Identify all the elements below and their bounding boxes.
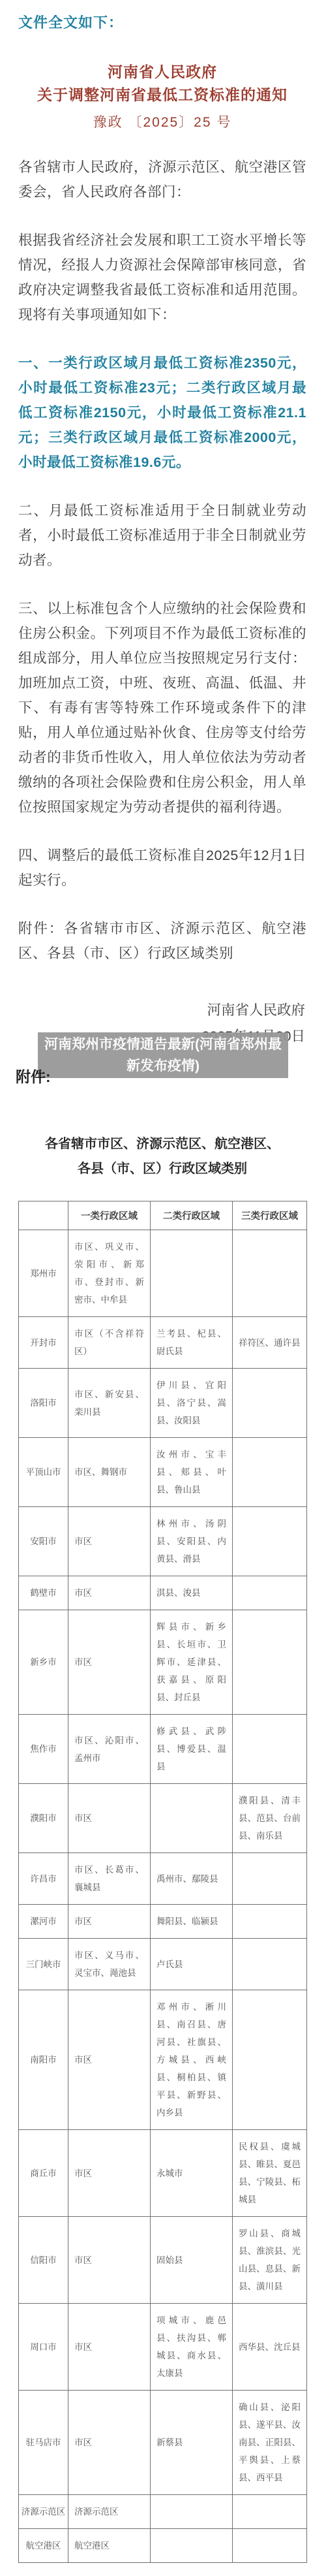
tier2-cell: 伊川县、宜阳县、洛宁县、嵩县、汝阳县 <box>151 1369 233 1438</box>
table-row: 漯河市市区舞阳县、临颍县 <box>19 1905 307 1939</box>
tier3-cell: 罗山县、商城县、淮滨县、光山县、息县、新县、潢川县 <box>233 2217 307 2304</box>
city-cell: 漯河市 <box>19 1905 68 1939</box>
city-cell: 驻马店市 <box>19 2391 68 2495</box>
table-row: 航空港区航空港区 <box>19 2529 307 2563</box>
tier3-cell <box>233 1905 307 1939</box>
tier3-cell <box>233 1853 307 1905</box>
table-row: 周口市市区项城市、鹿邑县、扶沟县、郸城县、商水县、太康县西华县、沈丘县 <box>19 2304 307 2391</box>
tier1-cell: 市区、巩义市、荥阳市、新郑市、登封市、新密市、中牟县 <box>68 1230 151 1317</box>
tier2-cell: 修武县、武陟县、博爱县、温县 <box>151 1715 233 1784</box>
city-cell: 许昌市 <box>19 1853 68 1905</box>
city-cell: 周口市 <box>19 2304 68 2391</box>
tier1-cell: 市区 <box>68 1990 151 2130</box>
tier2-cell: 卢氏县 <box>151 1939 233 1990</box>
banner-zone: 河南郑州市疫情通告最新(河南省郑州最新发布疫情) 附件: <box>18 1032 306 1103</box>
table-row: 驻马店市市区新蔡县确山县、泌阳县、遂平县、汝南县、正阳县、平舆县、上蔡县、西平县 <box>19 2391 307 2495</box>
tier1-cell: 市区 <box>68 1507 151 1576</box>
header-cell-blank <box>19 1201 68 1230</box>
doc-number: 豫政 〔2025〕25 号 <box>18 112 306 131</box>
tier2-cell: 舞阳县、临颍县 <box>151 1905 233 1939</box>
city-cell: 济源示范区 <box>19 2495 68 2529</box>
table-row: 济源示范区济源示范区 <box>19 2495 307 2529</box>
table-row: 三门峡市市区、义马市、灵宝市、渑池县卢氏县 <box>19 1939 307 1990</box>
table-row: 信阳市市区固始县罗山县、商城县、淮滨县、光山县、息县、新县、潢川县 <box>19 2217 307 2304</box>
tier1-cell: 市区 <box>68 1610 151 1715</box>
doc-title-line1: 河南省人民政府 <box>18 61 306 84</box>
tier3-cell: 确山县、泌阳县、遂平县、汝南县、正阳县、平舆县、上蔡县、西平县 <box>233 2391 307 2495</box>
tier3-cell <box>233 1230 307 1317</box>
table-title-line2: 各县（市、区）行政区域类别 <box>18 1156 306 1181</box>
header-cell-tier2: 二类行政区域 <box>151 1201 233 1230</box>
table-row: 许昌市市区、长葛市、襄城县禹州市、鄢陵县 <box>19 1853 307 1905</box>
table-row: 洛阳市市区、新安县、栾川县伊川县、宜阳县、洛宁县、嵩县、汝阳县 <box>19 1369 307 1438</box>
document-body: 文件全文如下： 河南省人民政府 关于调整河南省最低工资标准的通知 豫政 〔202… <box>0 0 326 2576</box>
tier1-cell: 市区、新安县、栾川县 <box>68 1369 151 1438</box>
tier2-cell: 禹州市、鄢陵县 <box>151 1853 233 1905</box>
city-cell: 鹤壁市 <box>19 1576 68 1610</box>
article-page: { "colors": { "accent_teal": "#1e7f9e", … <box>0 0 326 2576</box>
table-row: 新乡市市区辉县市、新乡县、长垣市、卫辉市、延津县、获嘉县、原阳县、封丘县 <box>19 1610 307 1715</box>
tier1-cell: 市区 <box>68 1905 151 1939</box>
table-title-line1: 各省辖市市区、济源示范区、航空港区、 <box>18 1132 306 1156</box>
tier2-cell: 新蔡县 <box>151 2391 233 2495</box>
region-table-body: 郑州市市区、巩义市、荥阳市、新郑市、登封市、新密市、中牟县开封市市区（不含祥符区… <box>19 1230 307 2563</box>
city-cell: 洛阳市 <box>19 1369 68 1438</box>
city-cell: 濮阳市 <box>19 1784 68 1853</box>
signature-org: 河南省人民政府 <box>18 997 305 1023</box>
tier3-cell <box>233 1369 307 1438</box>
tier1-cell: 市区 <box>68 2304 151 2391</box>
tier2-cell <box>151 1230 233 1317</box>
tier2-cell: 固始县 <box>151 2217 233 2304</box>
tier1-cell: 市区、长葛市、襄城县 <box>68 1853 151 1905</box>
tier1-cell: 市区 <box>68 2217 151 2304</box>
tier3-cell <box>233 1576 307 1610</box>
overlay-banner-link[interactable]: 河南郑州市疫情通告最新(河南省郑州最新发布疫情) <box>38 1032 288 1078</box>
tier1-cell: 市区 <box>68 2391 151 2495</box>
attachment-label: 附件: <box>16 1065 51 1087</box>
tier2-cell: 淇县、浚县 <box>151 1576 233 1610</box>
header-cell-tier3: 三类行政区域 <box>233 1201 307 1230</box>
table-row: 平顶山市市区、舞钢市汝州市、宝丰县、郏县、叶县、鲁山县 <box>19 1438 307 1507</box>
tier2-cell: 汝州市、宝丰县、郏县、叶县、鲁山县 <box>151 1438 233 1507</box>
para-background: 根据我省经济社会发展和职工工资水平增长等情况，经报人力资源社会保障部审核同意，省… <box>18 228 306 327</box>
region-table: 一类行政区域二类行政区域三类行政区域 郑州市市区、巩义市、荥阳市、新郑市、登封市… <box>18 1201 307 2563</box>
tier1-cell: 市区、义马市、灵宝市、渑池县 <box>68 1939 151 1990</box>
doc-title-line2: 关于调整河南省最低工资标准的通知 <box>18 84 306 106</box>
tier1-cell: 市区、舞钢市 <box>68 1438 151 1507</box>
para-effective-date: 四、调整后的最低工资标准自2025年12月1日起实行。 <box>18 843 306 893</box>
city-cell: 平顶山市 <box>19 1438 68 1507</box>
city-cell: 航空港区 <box>19 2529 68 2563</box>
tier2-cell <box>151 1784 233 1853</box>
city-cell: 商丘市 <box>19 2130 68 2217</box>
para-composition: 三、以上标准包含个人应缴纳的社会保险费和住房公积金。下列项目不作为最低工资标准的… <box>18 596 306 819</box>
para-attachment-note: 附件：各省辖市市区、济源示范区、航空港区、各县（市、区）行政区域类别 <box>18 916 306 966</box>
table-row: 郑州市市区、巩义市、荥阳市、新郑市、登封市、新密市、中牟县 <box>19 1230 307 1317</box>
table-title: 各省辖市市区、济源示范区、航空港区、 各县（市、区）行政区域类别 <box>18 1132 306 1181</box>
table-row: 焦作市市区、沁阳市、孟州市修武县、武陟县、博爱县、温县 <box>19 1715 307 1784</box>
tier1-cell: 市区 <box>68 1576 151 1610</box>
tier2-cell: 项城市、鹿邑县、扶沟县、郸城县、商水县、太康县 <box>151 2304 233 2391</box>
region-table-head: 一类行政区域二类行政区域三类行政区域 <box>19 1201 307 1230</box>
table-row: 开封市市区（不含祥符区）兰考县、杞县、尉氏县祥符区、通许县 <box>19 1317 307 1369</box>
city-cell: 开封市 <box>19 1317 68 1369</box>
tier3-cell <box>233 2495 307 2529</box>
tier3-cell <box>233 1715 307 1784</box>
tier2-cell: 辉县市、新乡县、长垣市、卫辉市、延津县、获嘉县、原阳县、封丘县 <box>151 1610 233 1715</box>
table-row: 安阳市市区林州市、汤阴县、安阳县、内黄县、滑县 <box>19 1507 307 1576</box>
city-cell: 郑州市 <box>19 1230 68 1317</box>
tier3-cell <box>233 2529 307 2563</box>
tier3-cell <box>233 1438 307 1507</box>
city-cell: 三门峡市 <box>19 1939 68 1990</box>
tier1-cell: 市区 <box>68 1784 151 1853</box>
tier3-cell: 祥符区、通许县 <box>233 1317 307 1369</box>
tier3-cell <box>233 1507 307 1576</box>
intro-label: 文件全文如下： <box>18 12 306 32</box>
city-cell: 南阳市 <box>19 1990 68 2130</box>
tier3-cell: 西华县、沈丘县 <box>233 2304 307 2391</box>
table-row: 南阳市市区邓州市、淅川县、南召县、唐河县、社旗县、方城县、西峡县、桐柏县、镇平县… <box>19 1990 307 2130</box>
tier2-cell <box>151 2529 233 2563</box>
para-recipients: 各省辖市人民政府，济源示范区、航空港区管委会，省人民政府各部门： <box>18 155 306 204</box>
tier3-cell <box>233 1939 307 1990</box>
table-row: 濮阳市市区濮阳县、清丰县、范县、台前县、南乐县 <box>19 1784 307 1853</box>
para-wage-standards: 一、一类行政区域月最低工资标准2350元，小时最低工资标准23元；二类行政区域月… <box>18 351 306 475</box>
tier2-cell: 林州市、汤阴县、安阳县、内黄县、滑县 <box>151 1507 233 1576</box>
city-cell: 焦作市 <box>19 1715 68 1784</box>
tier1-cell: 济源示范区 <box>68 2495 151 2529</box>
tier1-cell: 市区（不含祥符区） <box>68 1317 151 1369</box>
tier1-cell: 市区 <box>68 2130 151 2217</box>
tier3-cell: 民权县、虞城县、睢县、夏邑县、宁陵县、柘城县 <box>233 2130 307 2217</box>
table-header-row: 一类行政区域二类行政区域三类行政区域 <box>19 1201 307 1230</box>
tier3-cell: 濮阳县、清丰县、范县、台前县、南乐县 <box>233 1784 307 1853</box>
tier3-cell <box>233 1610 307 1715</box>
city-cell: 新乡市 <box>19 1610 68 1715</box>
tier2-cell: 邓州市、淅川县、南召县、唐河县、社旗县、方城县、西峡县、桐柏县、镇平县、新野县、… <box>151 1990 233 2130</box>
table-row: 鹤壁市市区淇县、浚县 <box>19 1576 307 1610</box>
tier3-cell <box>233 1990 307 2130</box>
tier2-cell <box>151 2495 233 2529</box>
tier1-cell: 市区、沁阳市、孟州市 <box>68 1715 151 1784</box>
header-cell-tier1: 一类行政区域 <box>68 1201 151 1230</box>
city-cell: 信阳市 <box>19 2217 68 2304</box>
tier2-cell: 永城市 <box>151 2130 233 2217</box>
city-cell: 安阳市 <box>19 1507 68 1576</box>
tier2-cell: 兰考县、杞县、尉氏县 <box>151 1317 233 1369</box>
tier1-cell: 航空港区 <box>68 2529 151 2563</box>
table-row: 商丘市市区永城市民权县、虞城县、睢县、夏邑县、宁陵县、柘城县 <box>19 2130 307 2217</box>
para-applicability: 二、月最低工资标准适用于全日制就业劳动者，小时最低工资标准适用于非全日制就业劳动… <box>18 498 306 573</box>
